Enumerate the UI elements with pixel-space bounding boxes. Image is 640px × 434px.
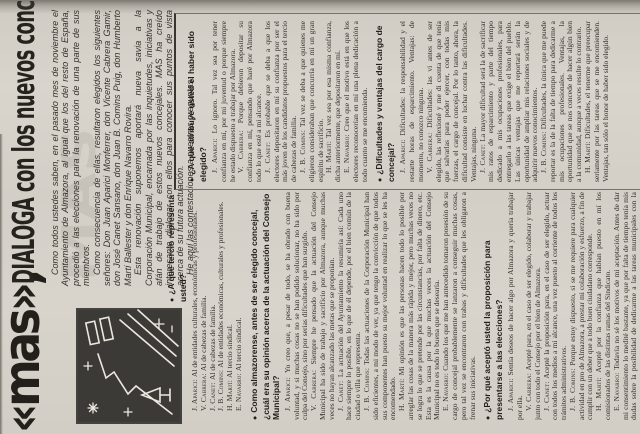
answer-text: J. Aparici: Dificultades: la responsabil… [399,21,425,182]
answer-text: H. Martí: Mi opinión es que las personas… [398,192,442,420]
answer-speaker: H. Martí: [225,378,234,411]
question-text: ●Como almazorense, antes de ser elegido … [249,192,281,420]
answer-speaker: J. B. Comins: [362,365,371,411]
answer-speaker: E. Navarro: [612,370,621,411]
bullet-icon: ● [169,298,176,302]
answer-speaker: J. Aparici: [283,373,292,411]
answer-text: E. Navarro: Cuando los que me han antece… [442,192,477,420]
answer-text: J. B. Comins: Todas las actuaciones de l… [363,192,398,420]
headline-title: DIALOGA con los nuevos concejales [7,0,42,284]
answer-text: V. Cabrera: Siempre he pensado que la ac… [310,192,336,420]
answer-speaker: V. Cabrera: [425,128,434,173]
answer-text: J. Canet: La mayor dificultad será la de… [479,21,541,182]
answer-text: V. Cabrera: Dificultades: las vi antes d… [426,21,479,182]
answer-speaker: J. Canet: [478,142,487,173]
answer-speaker: E. Navarro: [342,131,351,173]
answer-text: V. Cabrera: Acepté para, en el caso de s… [525,192,543,420]
answer-text: J. B. Comins: Dificultades, la única que… [540,21,584,182]
answer-text: J. Aparici: Yo creo que, a pesar de todo… [284,192,310,420]
magazine-logo: «mas», [0,272,46,433]
answer-speaker: V. Cabrera: [524,371,533,411]
question-text: ●¿A qué tercio representa usted? [166,192,188,302]
answer-text: E. Navarro: Creo que el motivo está en q… [343,21,369,182]
answer-speaker: H. Martí: [324,138,333,173]
answer-speaker: J. Canet: [336,377,345,411]
question-text: ●¿Por qué aceptó usted la proposición pa… [482,192,504,420]
answer-speaker: J. B. Comins: [568,366,577,411]
answer-speaker: V. Cabrera: [236,123,245,173]
answer-text: H. Martí: Acepté por la confianza que ha… [595,192,613,420]
answer-text: V. Cabrera: Porque debieron depositar su… [237,21,263,182]
answer-speaker: H. Martí: [583,139,592,173]
newspaper-page: MAS «mas», DIALOGA con los nuevos concej… [0,0,640,434]
bullet-icon: ● [485,416,492,420]
qa-column-right: ●¿A qué atribuye usted el haber sido ele… [174,13,640,190]
answer-text: J. B. Comins: Tal vez se deba a que quie… [299,21,325,182]
answer-speaker: J. B. Comins: [539,129,548,173]
answer-text: E. Navarro: Al tercio sindical. [235,192,244,420]
qa-column-left: ●¿A qué tercio representa usted?J. Apari… [164,192,640,420]
answer-text: H. Martí: Dificultades, el tenerme que p… [584,21,610,182]
answer-speaker: J. Canet: [263,138,272,173]
answer-speaker: J. Canet: [542,379,551,411]
answer-text: J. Aparici: Sentía deseos de hacer algo … [507,192,525,420]
answer-text: J. Canet: La actuación del Ayuntamiento … [337,192,363,420]
intro-paragraph-1: Como todos ustedes saben, en el pasado m… [50,10,92,286]
answer-speaker: V. Cabrera: [309,364,318,411]
answer-speaker: J. Canet: [208,380,217,411]
answer-speaker: J. B. Comins: [216,368,225,411]
intro-paragraph-2: Como consecuencia de ellas, resultaron e… [92,10,134,286]
answer-speaker: J. B. Comins: [298,127,307,173]
answer-speaker: E. Navarro: [441,371,450,411]
answer-speaker: E. Navarro: [234,371,243,411]
answer-speaker: J. Aparici: [210,133,219,173]
answer-speaker: J. Aparici: [190,377,199,411]
bullet-icon: ● [189,178,196,182]
answer-text: J. Aparici: Lo ignoro. Tal vez sea por t… [211,21,237,182]
answer-text: E. Navarro: Todavía no sé los motivos de… [613,192,640,420]
answer-speaker: V. Cabrera: [199,371,208,411]
answer-speaker: H. Martí: [594,373,603,411]
answer-speaker: J. Aparici: [506,375,515,411]
answer-text: H. Martí: Tal vez sea por esa misma conf… [325,21,343,182]
answer-text: J. Canet: Es probable que se deba a que … [264,21,299,182]
bullet-icon: ● [377,178,384,182]
answer-text: J. Canet: Acepté la proposición para, en… [543,192,569,420]
scanned-newspaper-page: MAS «mas», DIALOGA con los nuevos concej… [0,0,640,434]
answer-text: J. B. Comins: Porque estoy dispuesto, si… [569,192,595,420]
masthead: «mas», DIALOGA con los nuevos concejales [0,0,46,434]
bullet-icon: ● [252,416,259,420]
answer-speaker: H. Martí: [397,375,406,411]
question-text: ●¿Dificultades y ventajas del cargo de c… [374,21,396,182]
answer-speaker: J. Aparici: [398,136,407,173]
question-text: ●¿A qué atribuye usted el haber sido ele… [186,21,208,182]
